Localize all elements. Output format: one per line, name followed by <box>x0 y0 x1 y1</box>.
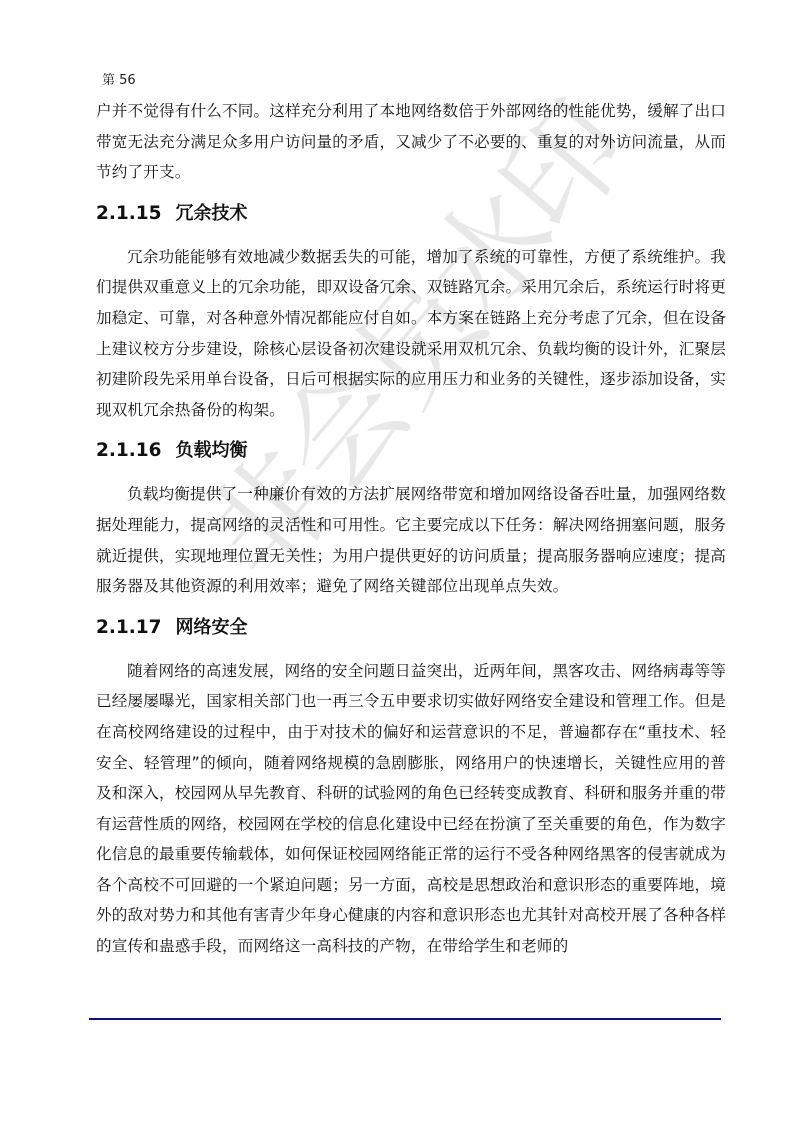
section-heading-2-1-17: 2.1.17 网络安全 <box>96 614 726 642</box>
paragraph-redundancy: 冗余功能能够有效地减少数据丢失的可能，增加了系统的可靠性，方便了系统维护。我们提… <box>96 242 726 426</box>
page-number: 第 56 <box>102 72 136 90</box>
footer-divider <box>89 1018 721 1020</box>
section-number: 2.1.17 <box>96 614 162 642</box>
section-title: 网络安全 <box>176 614 248 642</box>
document-page: 第 56 非会员水印 户并不觉得有什么不同。这样充分利用了本地网络数倍于外部网络… <box>0 0 793 1122</box>
section-number: 2.1.16 <box>96 437 162 465</box>
section-heading-2-1-15: 2.1.15 冗余技术 <box>96 200 726 228</box>
document-body: 户并不觉得有什么不同。这样充分利用了本地网络数倍于外部网络的性能优势，缓解了出口… <box>96 96 726 962</box>
paragraph-load-balancing: 负载均衡提供了一种廉价有效的方法扩展网络带宽和增加网络设备吞吐量，加强网络数据处… <box>96 479 726 601</box>
section-title: 负载均衡 <box>176 437 248 465</box>
paragraph-continuation: 户并不觉得有什么不同。这样充分利用了本地网络数倍于外部网络的性能优势，缓解了出口… <box>96 96 726 188</box>
section-heading-2-1-16: 2.1.16 负载均衡 <box>96 437 726 465</box>
section-title: 冗余技术 <box>176 200 248 228</box>
paragraph-network-security: 随着网络的高速发展，网络的安全问题日益突出，近两年间，黑客攻击、网络病毒等等已经… <box>96 656 726 962</box>
section-number: 2.1.15 <box>96 200 162 228</box>
